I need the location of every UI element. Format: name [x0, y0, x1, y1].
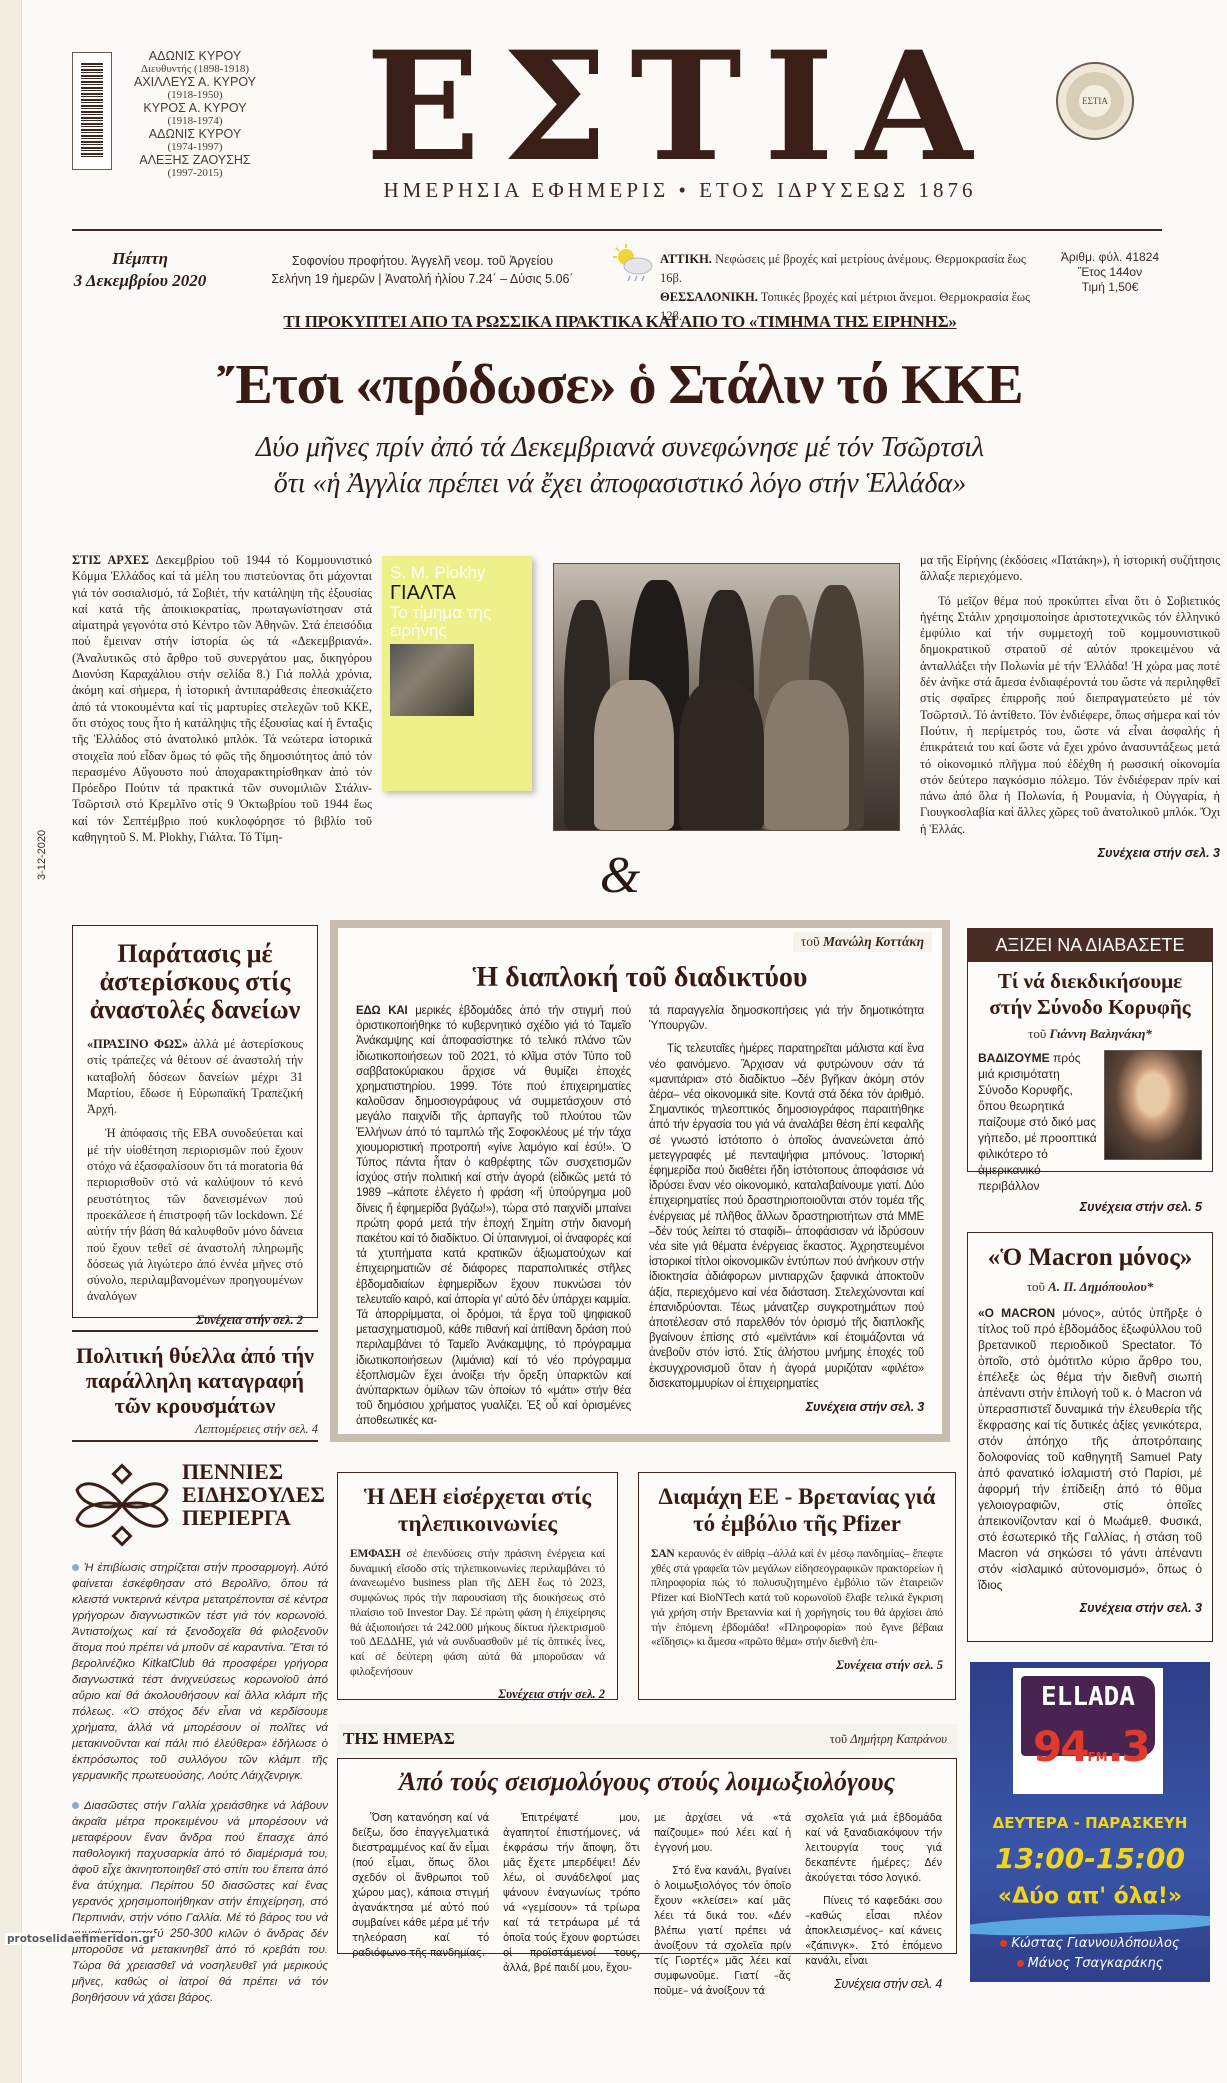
lead-right-column: μα τῆς Εἰρήνης (ἐκδόσεις «Πατάκη»), ἡ ἱσ… — [920, 552, 1220, 861]
partly-cloudy-rain-icon — [612, 244, 654, 284]
page-edge — [0, 0, 22, 2083]
lead-deck: Δύο μῆνες πρίν ἀπό τά Δεκεμβριανά συνεφώ… — [140, 430, 1100, 502]
article-text: μόνος», αὐτός ὑπῆρξε ὁ τίτλος τοῦ πρό ἑβ… — [978, 1306, 1202, 1592]
barcode — [72, 52, 112, 170]
article-text: κεραυνός ἐν αἰθρίᾳ –ἀλλά καί ἐν μέσῳ παν… — [651, 1548, 943, 1648]
divider — [72, 1440, 318, 1442]
article-title[interactable]: Πολιτική θύελλα ἀπό τήν παράλληλη καταγρ… — [72, 1343, 318, 1418]
lead-text: μα τῆς Εἰρήνης (ἐκδόσεις «Πατάκη»), ἡ ἱσ… — [920, 552, 1220, 585]
column-3: με ἀρχίσει νά «τά παίζουμε» πού λέει καί… — [654, 1811, 791, 2007]
article-text: πρός μιά κρισιμότατη Σύνοδο Κορυφῆς, ὅπο… — [978, 1051, 1097, 1193]
founder-name: ΚΥΡΟΣ Α. ΚΥΡΟΥ — [130, 102, 260, 115]
byline-prefix: τοῦ — [1028, 1026, 1046, 1041]
author-name: Μανώλη Κοττάκη — [823, 934, 924, 949]
lead-headline[interactable]: Ἔτσι «πρόδωσε» ὁ Στάλιν τό ΚΚΕ — [140, 350, 1100, 420]
article-title[interactable]: Διαμάχη ΕΕ - Βρετανίας γιά τό ἐμβόλιο τῆ… — [651, 1483, 943, 1537]
article-text: με ἀρχίσει νά «τά παίζουμε» πού λέει καί… — [654, 1811, 791, 1856]
byline-prefix: τοῦ — [801, 934, 820, 949]
worth-reading-ribbon: ΑΞΙΖΕΙ ΝΑ ΔΙΑΒΑΣΕΤΕ — [967, 928, 1213, 962]
host: Κώστας Γιαννουλόπουλος — [970, 1934, 1210, 1954]
details-link[interactable]: Λεπτομέρειες στήν σελ. 4 — [72, 1422, 318, 1437]
newspaper-tagline: ΗΜΕΡΗΣΙΑ ΕΦΗΜΕΡΙΣ • ΕΤΟΣ ΙΔΡΥΣΕΩΣ 1876 — [310, 178, 1050, 203]
deh-article-box: Ἡ ΔΕΗ εἰσέρχεται στίς τηλεπικοινωνίες ΕΜ… — [337, 1472, 618, 1700]
radio-advertisement[interactable]: ELLADA 94FM.3 ΔΕΥΤΕΡΑ - ΠΑΡΑΣΚΕΥΗ 13:00-… — [970, 1662, 1210, 1982]
author-name: Δημήτρη Καπράνου — [850, 1732, 947, 1746]
article-text: σέ ἐπενδύσεις στήν πράσινη ἐνέργεια καί … — [350, 1548, 605, 1678]
column-2: τά παραγγελία δημοσκοπήσεις γιά τήν δημο… — [649, 1004, 924, 1438]
featured-article: τοῦ Μανώλη Κοττάκη Ἡ διαπλοκή τοῦ διαδικ… — [330, 920, 950, 1442]
issue-number: Ἀριθμ. φύλ. 41824 — [1055, 250, 1165, 265]
author-name: Γιάννη Βαληνάκη* — [1050, 1026, 1152, 1041]
ad-show-name: «Δύο απ' όλα!» — [970, 1884, 1210, 1909]
founder-name: ΑΧΙΛΛΕΥΣ Α. ΚΥΡΟΥ — [130, 76, 260, 89]
saints-line: Σοφονίου προφήτου. Ἀγγελῆ νεομ. τοῦ Ἀργε… — [245, 252, 600, 270]
article-title[interactable]: Τί νά διεκδικήσουμε στήν Σύνοδο Κορυφῆς — [978, 968, 1202, 1020]
seal-emblem-icon: ΕΣΤΙΑ — [1056, 62, 1134, 140]
byline: τοῦ Μανώλη Κοττάκη — [793, 932, 932, 952]
masthead-rule — [72, 229, 1162, 231]
title-line: ΕΙΔΗΣΟΥΛΕΣ — [182, 1483, 325, 1506]
station-frequency: 94FM.3 — [1033, 1722, 1149, 1771]
yalta-photo — [553, 563, 900, 831]
of-the-day-header: ΤΗΣ ΗΜΕΡΑΣ τοῦ Δημήτρη Καπράνου — [337, 1724, 957, 1754]
lead-kicker: ΤΙ ΠΡΟΚΥΠΤΕΙ ΑΠΟ ΤΑ ΡΩΣΣΙΚΑ ΠΡΑΚΤΙΚΑ ΚΑΙ… — [140, 312, 1100, 332]
book-author: S. M. Plokhy — [390, 564, 524, 582]
founder-name: ΑΔΩΝΙΣ ΚΥΡΟΥ — [130, 50, 260, 63]
station-logo: ELLADA 94FM.3 — [1013, 1668, 1163, 1794]
article-title[interactable]: Ἡ διαπλοκή τοῦ διαδικτύου — [356, 962, 924, 994]
founder-years: (1997-2015) — [130, 167, 260, 180]
article-text: Ἐπιτρέψατέ μου, ἀγαπητοί ἐπιστήμονες, νά… — [503, 1811, 640, 1976]
lead-in: ΒΑΔΙΖΟΥΜΕ — [978, 1051, 1050, 1065]
byline-prefix: τοῦ — [830, 1732, 847, 1746]
bullet-icon — [1017, 1960, 1024, 1967]
deck-line: Δύο μῆνες πρίν ἀπό τά Δεκεμβριανά συνεφώ… — [140, 430, 1100, 466]
political-storm-brief: Πολιτική θύελλα ἀπό τήν παράλληλη καταγρ… — [72, 1343, 318, 1437]
sun-moon-line: Σελήνη 19 ἡμερῶν | Ἀνατολή ἡλίου 7.24΄ –… — [245, 270, 600, 288]
book-title: ΓΙΑΛΤΑ — [390, 582, 524, 604]
ornament-flower-icon — [72, 1460, 172, 1550]
calendar-info: Σοφονίου προφήτου. Ἀγγελῆ νεομ. τοῦ Ἀργε… — [245, 252, 600, 288]
curiosities-title: ΠΕΝΝΙΕΣ ΕΙΔΗΣΟΥΛΕΣ ΠΕΡΙΕΡΓΑ — [182, 1460, 325, 1529]
item-text: Ἡ ἐπιβίωσις στηρίζεται στήν προσαρμογή. … — [72, 1562, 328, 1782]
continue-link[interactable]: Συνέχεια στήν σελ. 4 — [805, 1977, 942, 1992]
column-4: σχολεῖα γιά μιά ἑβδομάδα καί νά ξαναδιακ… — [805, 1811, 942, 2007]
continue-link[interactable]: Συνέχεια στήν σελ. 3 — [978, 1601, 1202, 1615]
of-the-day-article: Ἀπό τούς σεισμολόγους στούς λοιμωξιολόγο… — [337, 1758, 957, 1954]
lead-in: ΕΔΩ ΚΑΙ — [356, 1005, 408, 1017]
byline-prefix: τοῦ — [1027, 1279, 1045, 1294]
author-portrait — [1104, 1050, 1202, 1160]
column-2: Ἐπιτρέψατέ μου, ἀγαπητοί ἐπιστήμονες, νά… — [503, 1811, 640, 2007]
continue-link[interactable]: Συνέχεια στήν σελ. 5 — [651, 1658, 943, 1673]
article-text: Πίνεις τό καφεδάκι σου –καθώς εἶσαι πλέο… — [805, 1894, 942, 1969]
ampersand-separator: & — [580, 846, 660, 905]
curiosity-item: Ἡ ἐπιβίωσις στηρίζεται στήν προσαρμογή. … — [72, 1560, 328, 1784]
article-title[interactable]: Παράτασις μέ ἀστερίσκους στίς ἀναστολές … — [87, 940, 303, 1024]
article-text: Ἡ ἀπόφασις τῆς ΕΒΑ συνοδεύεται καί μέ τή… — [87, 1125, 303, 1304]
lead-in: «Ο MACRON — [978, 1306, 1055, 1320]
continue-link[interactable]: Συνέχεια στήν σελ. 2 — [87, 1313, 303, 1328]
seal-label: ΕΣΤΙΑ — [1082, 96, 1108, 106]
title-line: ΠΕΡΙΕΡΓΑ — [182, 1506, 325, 1529]
ad-hosts: Κώστας Γιαννουλόπουλος Μάνος Τσαγκαράκης — [970, 1934, 1210, 1974]
lead-in: «ΠΡΑΣΙΝΟ ΦΩΣ» — [87, 1037, 188, 1051]
bullet-icon — [1000, 1940, 1007, 1947]
deck-line: ὅτι «ἡ Ἀγγλία πρέπει νά ἔχει ἀποφασιστικ… — [140, 466, 1100, 502]
curiosity-item: Διασῶστες στήν Γαλλία χρειάσθηκε νά λάβο… — [72, 1798, 328, 2006]
side-date: 3-12-2020 — [36, 830, 48, 880]
region-label: ΘΕΣΣΑΛΟΝΙΚΗ. — [660, 290, 758, 304]
barcode-bars — [81, 63, 103, 159]
lead-text: Δεκεμβρίου τοῦ 1944 τό Κομμουνιστικό Κόμ… — [72, 553, 372, 844]
lead-left-column: ΣΤΙΣ ΑΡΧΕΣ Δεκεμβρίου τοῦ 1944 τό Κομμου… — [72, 552, 372, 853]
site-watermark: protoselidaefimeridon.gr — [5, 1933, 157, 1945]
byline: τοῦ Α. Π. Δημόπουλου* — [978, 1279, 1202, 1295]
article-text: Στό ἕνα κανάλι, βγαίνει ὁ λοιμωξιολόγος … — [654, 1864, 791, 1999]
author-name: Α. Π. Δημόπουλου* — [1048, 1279, 1153, 1294]
article-text: μερικές ἑβδομάδες ἀπό τήν στιγμή πού ὁρι… — [356, 1005, 631, 1427]
summit-article-box: Τί νά διεκδικήσουμε στήν Σύνοδο Κορυφῆς … — [967, 962, 1213, 1172]
full-date: 3 Δεκεμβρίου 2020 — [60, 270, 220, 292]
macron-article-box: «Ὁ Macron μόνος» τοῦ Α. Π. Δημόπουλου* «… — [967, 1232, 1213, 1642]
column-1: Ὅση κατανόηση καί νά δείξω, ὅσο ἐπαγγελμ… — [352, 1811, 489, 2007]
host: Μάνος Τσαγκαράκης — [970, 1954, 1210, 1974]
continue-link[interactable]: Συνέχεια στήν σελ. 2 — [350, 1687, 605, 1702]
column-1: ΕΔΩ ΚΑΙ μερικές ἑβδομάδες ἀπό τήν στιγμή… — [356, 1004, 631, 1438]
region-label: ΑΤΤΙΚΗ. — [660, 252, 712, 266]
publication-year: Ἔτος 144ον — [1055, 265, 1165, 280]
loan-moratorium-box: Παράτασις μέ ἀστερίσκους στίς ἀναστολές … — [72, 925, 318, 1318]
book-subtitle: Το τίμημα της ειρήνης — [390, 604, 524, 640]
lead-in: ΣΑΝ — [651, 1548, 675, 1560]
bullet-icon — [72, 1564, 79, 1571]
issue-info: Ἀριθμ. φύλ. 41824 Ἔτος 144ον Τιμή 1,50€ — [1055, 250, 1165, 295]
founder-name: ΑΔΩΝΙΣ ΚΥΡΟΥ — [130, 128, 260, 141]
lead-text: Τό μεῖζον θέμα πού προκύπτει εἶναι ὅτι ὁ… — [920, 593, 1220, 837]
title-line: ΠΕΝΝΙΕΣ — [182, 1460, 325, 1483]
dateline-date: Πέμπτη 3 Δεκεμβρίου 2020 — [60, 248, 220, 292]
weather-attica: ΑΤΤΙΚΗ. Νεφώσεις μέ βροχές καί μετρίους … — [660, 250, 1040, 288]
byline: τοῦ Δημήτρη Καπράνου — [830, 1732, 947, 1747]
article-title[interactable]: Ἀπό τούς σεισμολόγους στούς λοιμωξιολόγο… — [352, 1767, 942, 1797]
lead-in: ΕΜΦΑΣΗ — [350, 1548, 401, 1560]
article-text: σχολεῖα γιά μιά ἑβδομάδα καί νά ξαναδιακ… — [805, 1811, 942, 1886]
founders-list: ΑΔΩΝΙΣ ΚΥΡΟΥ Διευθυντής (1898-1918) ΑΧΙΛ… — [130, 50, 260, 180]
lead-in: ΣΤΙΣ ΑΡΧΕΣ — [72, 553, 149, 567]
article-title[interactable]: Ἡ ΔΕΗ εἰσέρχεται στίς τηλεπικοινωνίες — [350, 1483, 605, 1537]
curiosities-items: Ἡ ἐπιβίωσις στηρίζεται στήν προσαρμογή. … — [72, 1560, 328, 2020]
price: Τιμή 1,50€ — [1055, 280, 1165, 295]
article-text: τά παραγγελία δημοσκοπήσεις γιά τήν δημο… — [649, 1004, 924, 1034]
lead-continue-link[interactable]: Συνέχεια στήν σελ. 3 — [920, 845, 1220, 861]
forecast-text: Νεφώσεις μέ βροχές καί μετρίους ἀνέμους.… — [660, 252, 1026, 285]
ad-days: ΔΕΥΤΕΡΑ - ΠΑΡΑΣΚΕΥΗ — [970, 1814, 1210, 1832]
continue-link[interactable]: Συνέχεια στήν σελ. 5 — [978, 1200, 1202, 1214]
book-cover-photo — [390, 644, 474, 716]
weekday: Πέμπτη — [60, 248, 220, 270]
book-cover-image: S. M. Plokhy ΓΙΑΛΤΑ Το τίμημα της ειρήνη… — [382, 556, 532, 791]
item-text: Διασῶστες στήν Γαλλία χρειάσθηκε νά λάβο… — [72, 1800, 328, 2004]
divider — [72, 1330, 318, 1332]
continue-link[interactable]: Συνέχεια στήν σελ. 3 — [649, 1400, 924, 1415]
founder-name: ΑΛΕΞΗΣ ΖΑΟΥΣΗΣ — [130, 154, 260, 167]
ad-hours: 13:00-15:00 — [970, 1842, 1210, 1875]
bullet-icon — [72, 1802, 79, 1809]
pfizer-article-box: Διαμάχη ΕΕ - Βρετανίας γιά τό ἐμβόλιο τῆ… — [638, 1472, 956, 1700]
article-title[interactable]: «Ὁ Macron μόνος» — [978, 1243, 1202, 1273]
newspaper-logo: ΕΣΤΙΑ — [310, 40, 1050, 175]
article-text: Ὅση κατανόηση καί νά δείξω, ὅσο ἐπαγγελμ… — [352, 1811, 489, 1961]
article-text: Τίς τελευταῖες ἡμέρες παρατηρεῖται μάλισ… — [649, 1042, 924, 1392]
section-label: ΤΗΣ ΗΜΕΡΑΣ — [343, 1729, 455, 1749]
byline: τοῦ Γιάννη Βαληνάκη* — [978, 1026, 1202, 1042]
